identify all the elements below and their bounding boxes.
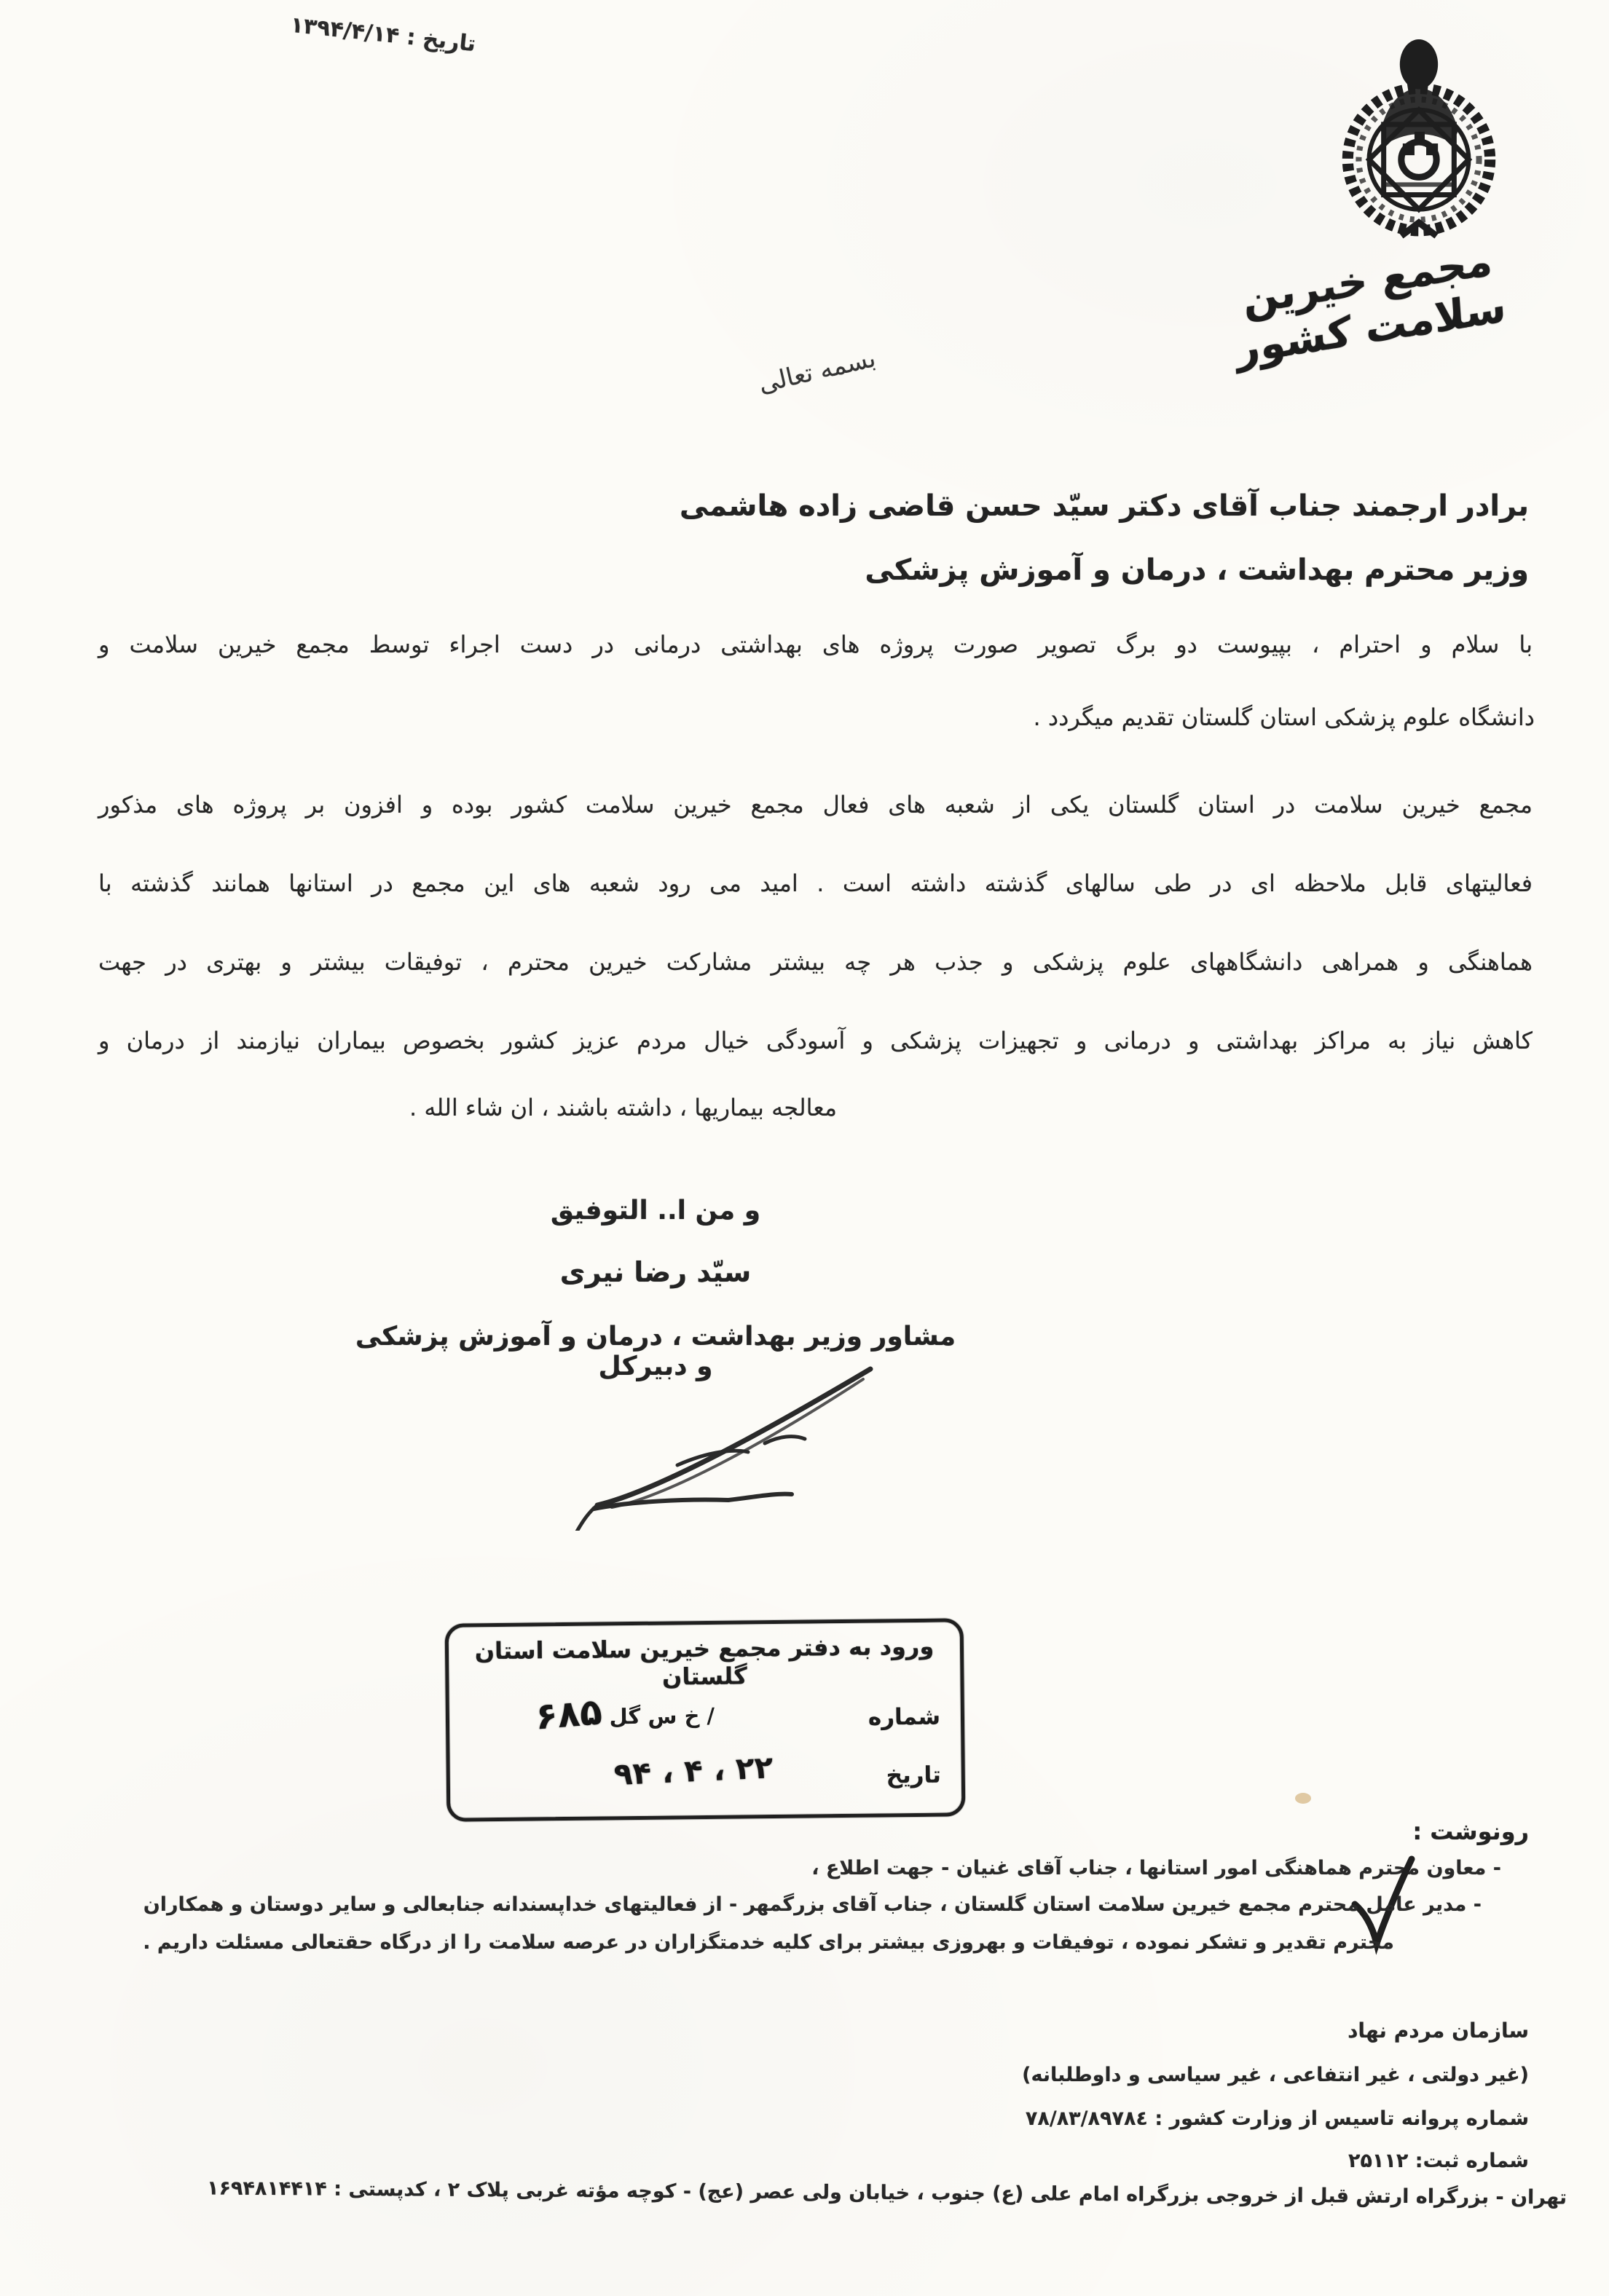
body-p2-line2: فعالیتهای قابل ملاحظه ای در طی سالهای گذ… — [98, 867, 1533, 900]
body-p1-line1: با سلام و احترام ، بپیوست دو برگ تصویر ص… — [98, 628, 1533, 661]
besmellah-text: بسمه تعالی — [756, 344, 878, 399]
body-p2-line4: کاهش نیاز به مراکز بهداشتی و درمانی و تج… — [98, 1024, 1533, 1057]
org-name-calligraphy: مجمع خیرین سلامت کشور — [1165, 224, 1574, 384]
entry-stamp-number-value: ۶۸۵ / خ س گل — [535, 1692, 715, 1736]
addressee-title: وزیر محترم بهداشت ، درمان و آموزش پزشکی — [865, 553, 1529, 587]
cc-item-2-line1: - مدیر عامل محترم مجمع خیرین سلامت استان… — [143, 1893, 1482, 1916]
paper-stain — [1295, 1793, 1311, 1804]
letter-date: تاریخ : ۱۳۹۴/۴/۱۴ — [289, 12, 477, 58]
closing-tawfiq: و من ا.. التوفیق — [350, 1196, 961, 1226]
entry-stamp-date-value: ۹۴ ، ۴ ، ۲۲ — [613, 1749, 774, 1792]
cc-label: رونوشت : — [1412, 1818, 1529, 1845]
cc-item-2-line2: محترم تقدیر و تشکر نموده ، توفیقات و بهر… — [143, 1931, 1394, 1954]
addressee-name: برادر ارجمند جناب آقای دکتر سیّد حسن قاض… — [680, 489, 1529, 523]
entry-stamp-date-label: تاریخ — [886, 1762, 941, 1789]
body-p2-line5: معالجه بیماریها ، داشته باشند ، ان شاء ا… — [409, 1091, 837, 1124]
entry-stamp-number-suffix: / خ س گل — [609, 1703, 715, 1729]
signature-scribble — [557, 1356, 881, 1531]
footer-registration-number: شماره ثبت: ۲۵۱۱۲ — [1348, 2150, 1529, 2172]
entry-stamp-number: ۶۸۵ — [534, 1690, 604, 1737]
footer-license-number: شماره پروانه تاسیس از وزارت کشور : ۷۸/۸۳… — [1026, 2107, 1529, 2130]
letter-page: تاریخ : ۱۳۹۴/۴/۱۴ مجمع خیرین سلامت کشور … — [0, 0, 1609, 2296]
entry-stamp-number-label: شماره — [868, 1704, 940, 1731]
footer-ngo: سازمان مردم نهاد — [1348, 2019, 1529, 2043]
footer-address: تهران - بزرگراه ارتش قبل از خروجی بزرگرا… — [207, 2177, 1567, 2209]
body-p2-line3: هماهنگی و همراهی دانشگاههای علوم پزشکی و… — [98, 945, 1533, 979]
body-p1-line2: دانشگاه علوم پزشکی استان گلستان تقدیم می… — [1033, 701, 1535, 734]
closing-block: و من ا.. التوفیق سیّد رضا نیری مشاور وزی… — [350, 1196, 961, 1381]
body-p2-line1: مجمع خیرین سلامت در استان گلستان یکی از … — [98, 788, 1533, 821]
footer-ngo-type: (غیر دولتی ، غیر انتفاعی ، غیر سیاسی و د… — [1022, 2064, 1529, 2086]
entry-stamp-header: ورود به دفتر مجمع خیرین سلامت استان گلست… — [449, 1632, 961, 1692]
org-emblem-icon — [1331, 33, 1509, 246]
entry-stamp: ورود به دفتر مجمع خیرین سلامت استان گلست… — [445, 1618, 966, 1821]
signer-name: سیّد رضا نیری — [350, 1256, 961, 1288]
